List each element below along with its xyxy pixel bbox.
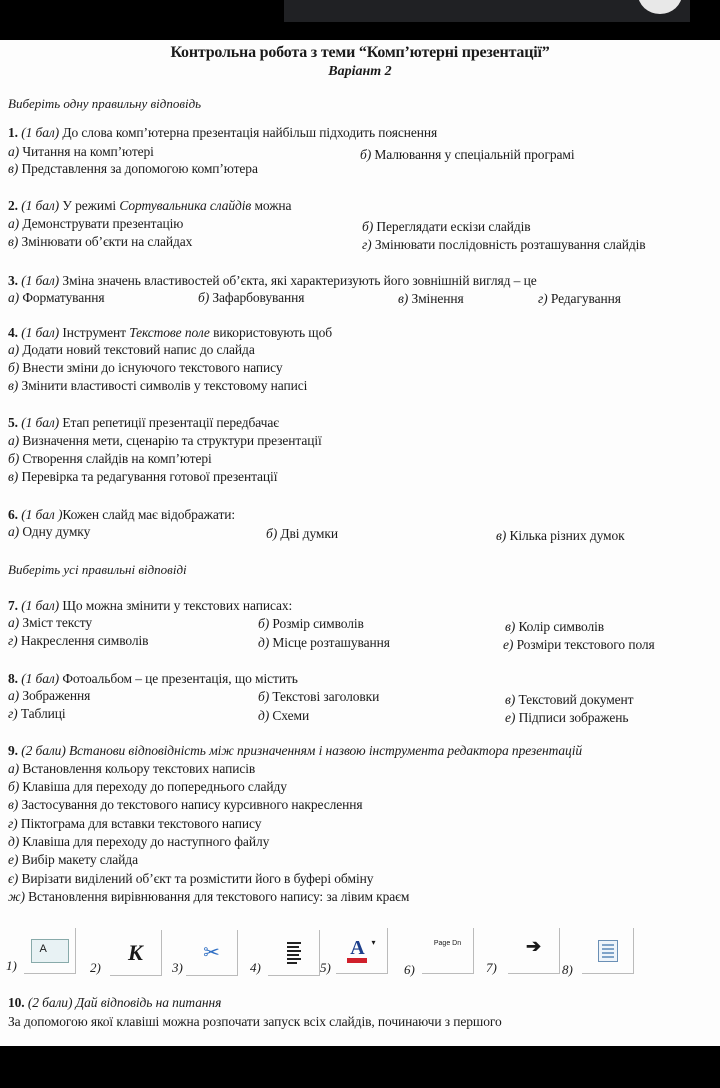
align-left-icon — [268, 930, 320, 976]
option-8d: г) Таблиці — [8, 706, 66, 722]
question-2: 2. (1 бал) У режимі Сортувальника слайді… — [8, 198, 291, 214]
option-8e: д) Схеми — [258, 708, 309, 724]
option-3a: а) Форматування — [8, 290, 105, 306]
question-3: 3. (1 бал) Зміна значень властивостей об… — [8, 273, 537, 289]
question-4: 4. (1 бал) Інструмент Текстове поле вико… — [8, 325, 332, 341]
top-bar — [0, 0, 720, 40]
option-9g: є) Вирізати виділений об’єкт та розмісти… — [8, 871, 373, 887]
option-1b: б) Малювання у спеціальній програмі — [360, 147, 575, 163]
option-6c: в) Кілька різних думок — [496, 528, 625, 544]
option-5c: в) Перевірка та редагування готової през… — [8, 469, 277, 485]
option-8a: а) Зображення — [8, 688, 90, 704]
option-8b: б) Текстові заголовки — [258, 689, 379, 705]
option-4a: а) Додати новий текстовий напис до слайд… — [8, 342, 255, 358]
option-9h: ж) Встановлення вирівнювання для текстов… — [8, 889, 409, 905]
option-2d: г) Змінювати послідовність розташування … — [362, 237, 646, 253]
font-color-icon: A ▾ — [336, 928, 388, 974]
option-7d: г) Накреслення символів — [8, 633, 148, 649]
question-6: 6. (1 бал )Кожен слайд має відображати: — [8, 507, 235, 523]
option-7e: д) Місце розташування — [258, 635, 390, 651]
option-4c: в) Змінити властивості символів у тексто… — [8, 378, 307, 394]
option-2b: б) Переглядати ескізи слайдів — [362, 219, 531, 235]
option-7f: е) Розміри текстового поля — [503, 637, 655, 653]
section-single-answer: Виберіть одну правильну відповідь — [8, 96, 201, 112]
arrow-right-icon: ➔ — [508, 928, 560, 974]
option-4b: б) Внести зміни до існуючого текстового … — [8, 360, 283, 376]
question-9: 9. (2 бали) Встанови відповідність між п… — [8, 743, 582, 759]
option-9a: а) Встановлення кольору текстових написі… — [8, 761, 255, 777]
document-title: Контрольна робота з теми “Комп’ютерні пр… — [0, 44, 720, 62]
question-1: 1. (1 бал) До слова комп’ютерна презента… — [8, 125, 437, 141]
slide-layout-icon — [582, 928, 634, 974]
page-down-key-icon: Page Dn — [422, 928, 474, 974]
textbox-icon: A — [24, 928, 76, 974]
document-variant: Варіант 2 — [0, 64, 720, 80]
option-5a: а) Визначення мети, сценарію та структур… — [8, 433, 322, 449]
document-page: Контрольна робота з теми “Комп’ютерні пр… — [0, 40, 720, 1046]
option-1c: в) Представлення за допомогою комп’ютера — [8, 161, 258, 177]
question-5: 5. (1 бал) Етап репетиції презентації пе… — [8, 415, 279, 431]
option-7a: а) Зміст тексту — [8, 615, 92, 631]
question-10: 10. (2 бали) Дай відповідь на питання — [8, 995, 221, 1011]
option-9c: в) Застосування до текстового напису кур… — [8, 797, 363, 813]
question-7: 7. (1 бал) Що можна змінити у текстових … — [8, 598, 292, 614]
option-2c: в) Змінювати об’єкти на слайдах — [8, 234, 192, 250]
option-7b: б) Розмір символів — [258, 616, 364, 632]
option-1a: а) Читання на комп’ютері — [8, 144, 154, 160]
option-3c: в) Змінення — [398, 291, 464, 307]
bottom-bar — [0, 1046, 720, 1088]
option-9d: г) Піктограма для вставки текстового нап… — [8, 816, 261, 832]
option-9e: д) Клавіша для переходу до наступного фа… — [8, 834, 269, 850]
italic-icon: К — [110, 930, 162, 976]
question-10-body: За допомогою якої клавіші можна розпочат… — [8, 1014, 502, 1030]
question-8: 8. (1 бал) Фотоальбом – це презентація, … — [8, 671, 298, 687]
option-8f: е) Підписи зображень — [505, 710, 628, 726]
option-9b: б) Клавіша для переходу до попереднього … — [8, 779, 287, 795]
overlay-panel — [284, 0, 690, 22]
section-multiple-answers: Виберіть усі правильні відповіді — [8, 562, 187, 578]
scissors-icon: ✂ — [186, 930, 238, 976]
option-2a: а) Демонструвати презентацію — [8, 216, 183, 232]
option-6a: а) Одну думку — [8, 524, 90, 540]
option-8c: в) Текстовий документ — [505, 692, 633, 708]
option-3d: г) Редагування — [538, 291, 621, 307]
option-3b: б) Зафарбовування — [198, 290, 304, 306]
option-9f: е) Вибір макету слайда — [8, 852, 138, 868]
option-6b: б) Дві думки — [266, 526, 338, 542]
option-5b: б) Створення слайдів на комп’ютері — [8, 451, 212, 467]
option-7c: в) Колір символів — [505, 619, 604, 635]
